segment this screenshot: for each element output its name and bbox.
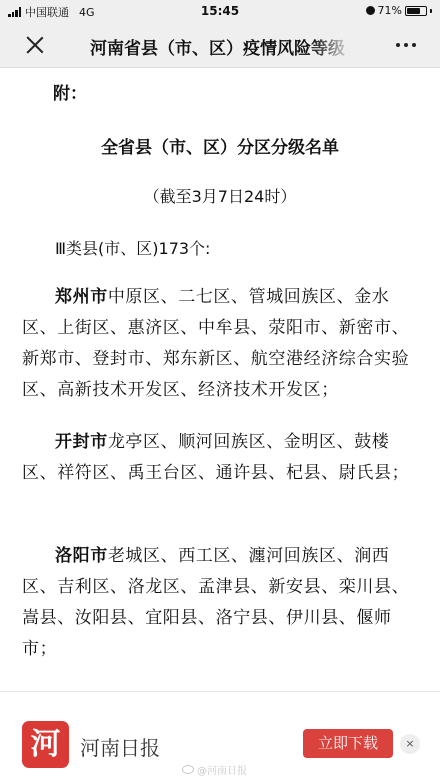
page-title: 河南省县（市、区）疫情风险等级 [90, 34, 352, 59]
app-download-banner: 河 河南日报 立即下载 × @河南日报 [0, 691, 440, 782]
watermark: @河南日报 [182, 762, 247, 777]
battery-icon [405, 6, 427, 16]
date-note: （截至3月7日24时） [0, 184, 440, 207]
article-content: 附： 全省县（市、区）分区分级名单 （截至3月7日24时） Ⅲ类县(市、区)17… [0, 69, 440, 691]
watermark-text: @河南日报 [197, 762, 247, 777]
city-paragraph-zhengzhou: 郑州市中原区、二七区、管城回族区、金水区、上街区、惠济区、中牟县、荥阳市、新密市… [22, 282, 420, 406]
close-icon[interactable] [22, 32, 48, 58]
close-banner-button[interactable]: × [400, 734, 420, 754]
class-heading: Ⅲ类县(市、区)173个: [55, 236, 210, 259]
battery-tip [430, 9, 432, 13]
list-title: 全省县（市、区）分区分级名单 [0, 133, 440, 158]
more-icon[interactable] [396, 43, 416, 47]
city-name: 洛阳市 [55, 546, 108, 566]
city-name: 开封市 [55, 432, 108, 452]
weibo-icon [182, 765, 194, 774]
city-paragraph-kaifeng: 开封市龙亭区、顺河回族区、金明区、鼓楼区、祥符区、禹王台区、通许县、杞县、尉氏县… [22, 427, 420, 489]
status-bar: 中国联通 4G 15:45 71% [0, 0, 440, 22]
status-right: 71% [366, 4, 432, 17]
app-logo: 河 [22, 721, 69, 768]
city-paragraph-luoyang: 洛阳市老城区、西工区、瀍河回族区、涧西区、吉利区、洛龙区、孟津县、新安县、栾川县… [22, 541, 420, 665]
app-name: 河南日报 [80, 732, 160, 761]
download-button[interactable]: 立即下载 [303, 729, 393, 758]
nav-bar: 河南省县（市、区）疫情风险等级 [0, 22, 440, 68]
attach-label: 附： [53, 79, 87, 104]
alarm-icon [366, 6, 375, 15]
city-name: 郑州市 [55, 287, 108, 307]
battery-percent: 71% [378, 4, 402, 17]
